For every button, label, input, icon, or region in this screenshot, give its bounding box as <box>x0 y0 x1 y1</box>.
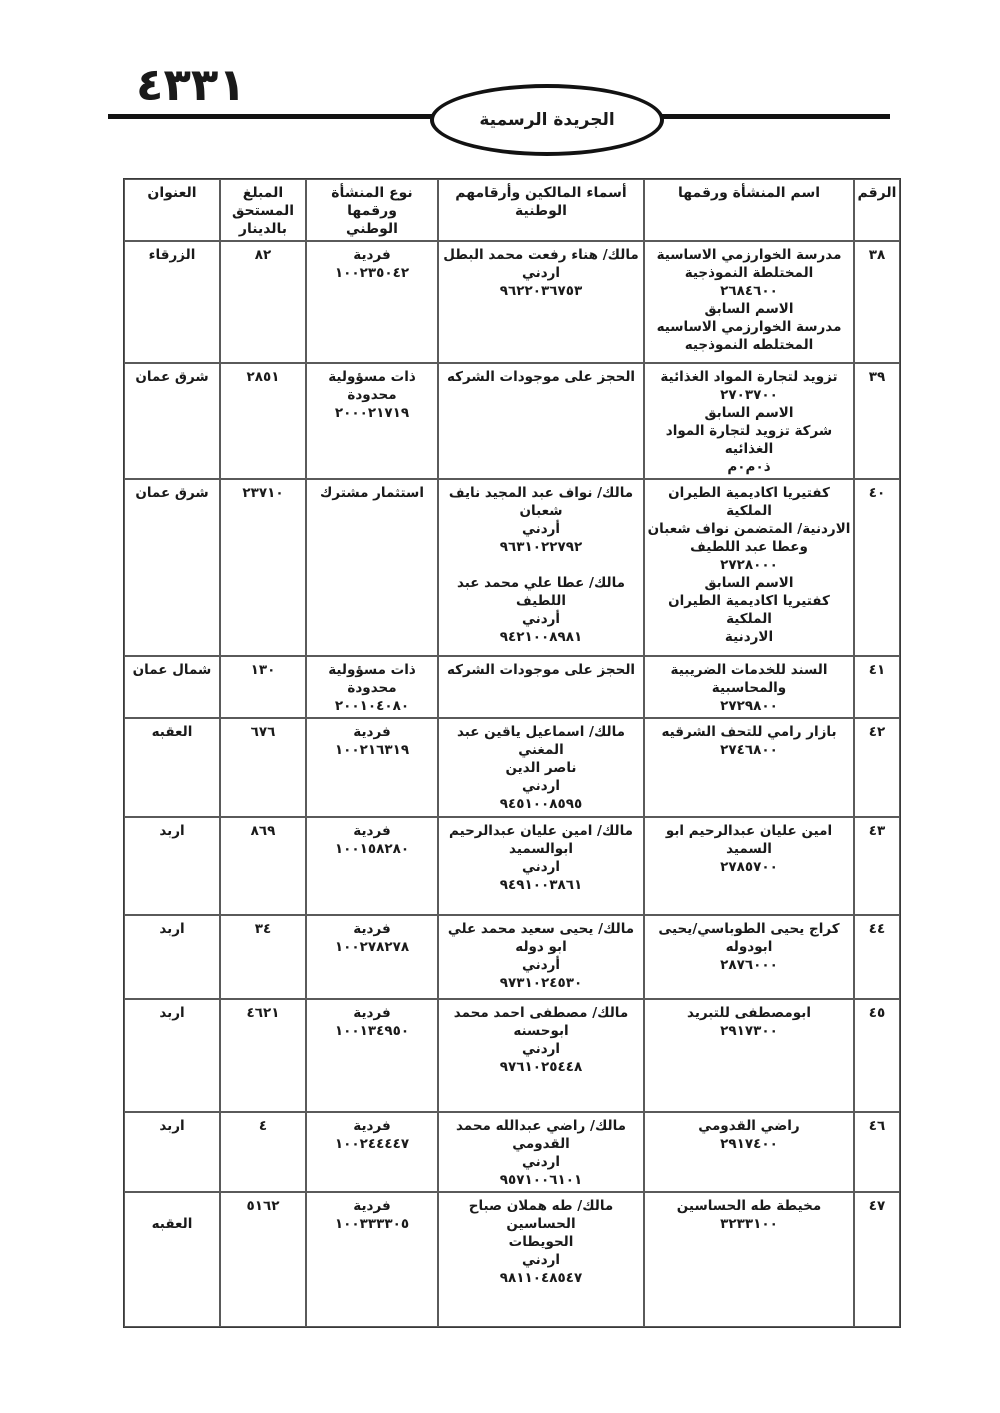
cell-num: ٤٢ <box>854 718 900 817</box>
column-header-name: اسم المنشأة ورقمها <box>644 179 854 241</box>
column-header-name-line: اسم المنشأة ورقمها <box>647 184 851 202</box>
cell-owners-line: مالك/ مصطفى احمد محمد ابوحسنه <box>441 1004 641 1040</box>
cell-owners: مالك/ راضي عبدالله محمد القدومياردني٩٥٧١… <box>438 1112 644 1192</box>
cell-name-line: الاردنية/ المتضمن نواف شعبان <box>647 520 851 538</box>
cell-name-line: ٢٦٨٤٦٠٠ <box>647 282 851 300</box>
cell-name-line: ٢٧٨٥٧٠٠ <box>647 858 851 876</box>
cell-owners-line: أردني <box>441 520 641 538</box>
cell-name-line: ٢٧٢٨٠٠٠ <box>647 556 851 574</box>
cell-name-line: الاردنية <box>647 628 851 646</box>
gazette-page: ٤٣٣١ الجريدة الرسمية الرقماسم المنشأة ور… <box>0 0 1000 1413</box>
cell-address-line: العقبه <box>127 723 217 741</box>
cell-type: فردية١٠٠٢٣٥٠٤٢ <box>306 241 438 363</box>
cell-owners: الحجز على موجودات الشركه <box>438 656 644 718</box>
cell-type-line: فردية <box>309 822 435 840</box>
cell-num-line: ٤١ <box>857 661 897 679</box>
cell-owners: مالك/ يحيى سعيد محمد علي ابو دولهأردني٩٧… <box>438 915 644 999</box>
cell-amount: ٦٧٦ <box>220 718 306 817</box>
cell-name-line: تزويد لتجارة المواد الغذائية <box>647 368 851 386</box>
cell-amount: ١٣٠ <box>220 656 306 718</box>
cell-owners-line: مالك/ يحيى سعيد محمد علي ابو دوله <box>441 920 641 956</box>
cell-amount-line: ٨٢ <box>223 246 303 264</box>
cell-amount: ٣٤ <box>220 915 306 999</box>
cell-type-line: محدودة <box>309 679 435 697</box>
column-header-num: الرقم <box>854 179 900 241</box>
cell-owners-line: ٩٦٣١٠٢٢٧٩٢ <box>441 538 641 556</box>
column-header-num-line: الرقم <box>857 184 897 202</box>
cell-name-line: كفتيريا اكاديمية الطيران الملكية <box>647 592 851 628</box>
cell-type-line: ٢٠٠١٠٤٠٨٠ <box>309 697 435 715</box>
table-row: ٤١السند للخدمات الضريبيةوالمحاسبية٢٧٢٩٨٠… <box>124 656 900 718</box>
cell-num-line: ٣٩ <box>857 368 897 386</box>
table-row: ٤٤كراج يحيى الطوباسي/يحيى ابودوله٢٨٧٦٠٠٠… <box>124 915 900 999</box>
cell-owners-line: اردني <box>441 777 641 795</box>
cell-name: كراج يحيى الطوباسي/يحيى ابودوله٢٨٧٦٠٠٠ <box>644 915 854 999</box>
cell-amount-line: ٤ <box>223 1117 303 1135</box>
cell-name: السند للخدمات الضريبيةوالمحاسبية٢٧٢٩٨٠٠ <box>644 656 854 718</box>
cell-owners-line <box>441 556 641 574</box>
cell-name-line: ٢٧٤٦٨٠٠ <box>647 741 851 759</box>
registry-table-body: ٣٨مدرسة الخوارزمي الاساسيةالمختلطة النمو… <box>124 241 900 1327</box>
cell-name: ابومصطفى للتبريد٢٩١٧٣٠٠ <box>644 999 854 1112</box>
column-header-address: العنوان <box>124 179 220 241</box>
cell-type: استثمار مشترك <box>306 479 438 656</box>
cell-name-line: كراج يحيى الطوباسي/يحيى ابودوله <box>647 920 851 956</box>
cell-owners-line: اردني <box>441 858 641 876</box>
table-row: ٤٥ابومصطفى للتبريد٢٩١٧٣٠٠مالك/ مصطفى احم… <box>124 999 900 1112</box>
cell-owners: مالك/ هناء رفعت محمد البطلاردني٩٦٢٢٠٣٦٧٥… <box>438 241 644 363</box>
cell-type: ذات مسؤوليةمحدودة٢٠٠٠٢١٧١٩ <box>306 363 438 479</box>
cell-type: فردية١٠٠٣٣٣٣٠٥ <box>306 1192 438 1327</box>
cell-amount: ٥١٦٢ <box>220 1192 306 1327</box>
cell-amount: ٨٦٩ <box>220 817 306 915</box>
cell-type: فردية١٠٠٢٤٤٤٤٧ <box>306 1112 438 1192</box>
cell-address-line: شرق عمان <box>127 368 217 386</box>
cell-num: ٣٩ <box>854 363 900 479</box>
cell-owners-line: الحجز على موجودات الشركه <box>441 368 641 386</box>
cell-name-line: الاسم السابق <box>647 404 851 422</box>
column-header-amount-line: المستحق <box>223 202 303 220</box>
cell-owners-line: الحجز على موجودات الشركه <box>441 661 641 679</box>
column-header-amount-line: بالدينار <box>223 220 303 238</box>
cell-num: ٤١ <box>854 656 900 718</box>
cell-owners: مالك/ مصطفى احمد محمد ابوحسنهاردني٩٧٦١٠٢… <box>438 999 644 1112</box>
column-header-type-line: الوطني <box>309 220 435 238</box>
cell-owners-line: اردني <box>441 1153 641 1171</box>
cell-name-line: مدرسة الخوارزمي الاساسية <box>647 246 851 264</box>
cell-amount-line: ٣٤ <box>223 920 303 938</box>
column-header-owners-line: أسماء المالكين وأرقامهم الوطنية <box>441 184 641 220</box>
cell-name-line: الاسم السابق <box>647 574 851 592</box>
header-row: الرقماسم المنشأة ورقمهاأسماء المالكين وأ… <box>124 179 900 241</box>
cell-name-line: شركة تزويد لتجارة المواد الغذائيه <box>647 422 851 458</box>
cell-address: اربد <box>124 817 220 915</box>
cell-owners-line: مالك/ طه هملان صباح الحساسين <box>441 1197 641 1233</box>
gazette-seal-ellipse: الجريدة الرسمية <box>430 84 664 156</box>
cell-owners-line: مالك/ راضي عبدالله محمد القدومي <box>441 1117 641 1153</box>
cell-address: اربد <box>124 915 220 999</box>
cell-type: فردية١٠٠١٥٨٢٨٠ <box>306 817 438 915</box>
cell-owners-line: اردني <box>441 264 641 282</box>
cell-name: مدرسة الخوارزمي الاساسيةالمختلطة النموذج… <box>644 241 854 363</box>
cell-amount-line: ٨٦٩ <box>223 822 303 840</box>
cell-amount-line: ٥١٦٢ <box>223 1197 303 1215</box>
cell-address: شرق عمان <box>124 363 220 479</box>
table-row: ٤٣امين عليان عبدالرحيم ابو السميد٢٧٨٥٧٠٠… <box>124 817 900 915</box>
cell-owners: مالك/ اسماعيل ياقين عبد المغنيناصر الدين… <box>438 718 644 817</box>
cell-type-line: ذات مسؤولية <box>309 368 435 386</box>
cell-type: فردية١٠٠٢١٦٣١٩ <box>306 718 438 817</box>
cell-address-line: شمال عمان <box>127 661 217 679</box>
cell-name-line: ابومصطفى للتبريد <box>647 1004 851 1022</box>
cell-type-line: فردية <box>309 246 435 264</box>
cell-amount: ٨٢ <box>220 241 306 363</box>
cell-address-line: اربد <box>127 1004 217 1022</box>
cell-name-line: ذ٠م٠م <box>647 458 851 476</box>
cell-owners-line: اردني <box>441 1251 641 1269</box>
cell-num: ٤٤ <box>854 915 900 999</box>
registry-table: الرقماسم المنشأة ورقمهاأسماء المالكين وأ… <box>123 178 901 1328</box>
cell-owners: الحجز على موجودات الشركه <box>438 363 644 479</box>
cell-num: ٤٣ <box>854 817 900 915</box>
cell-address: اربد <box>124 1112 220 1192</box>
cell-owners-line: ٩٤٩١٠٠٣٨٦١ <box>441 876 641 894</box>
cell-type-line: محدودة <box>309 386 435 404</box>
cell-type-line: فردية <box>309 723 435 741</box>
cell-num-line: ٤٥ <box>857 1004 897 1022</box>
cell-name-line: المختلطة النموذجية <box>647 264 851 282</box>
cell-owners-line: ابوالسميد <box>441 840 641 858</box>
cell-num: ٤٥ <box>854 999 900 1112</box>
cell-owners-line: ٩٤٥١٠٠٨٥٩٥ <box>441 795 641 813</box>
cell-num: ٣٨ <box>854 241 900 363</box>
cell-owners-line: ٩٨١١٠٤٨٥٤٧ <box>441 1269 641 1287</box>
cell-type-line: ٢٠٠٠٢١٧١٩ <box>309 404 435 422</box>
cell-name: امين عليان عبدالرحيم ابو السميد٢٧٨٥٧٠٠ <box>644 817 854 915</box>
cell-num-line: ٤٠ <box>857 484 897 502</box>
cell-address-line: اربد <box>127 822 217 840</box>
cell-name-line: مخيطة طه الحساسين <box>647 1197 851 1215</box>
cell-amount: ٤ <box>220 1112 306 1192</box>
cell-type-line: ١٠٠١٥٨٢٨٠ <box>309 840 435 858</box>
cell-type-line: ١٠٠٢٧٨٢٧٨ <box>309 938 435 956</box>
column-header-type: نوع المنشأة ورقمهاالوطني <box>306 179 438 241</box>
cell-name: راضي القدومي٢٩١٧٤٠٠ <box>644 1112 854 1192</box>
cell-type-line: ذات مسؤولية <box>309 661 435 679</box>
cell-owners-line: ٩٦٢٢٠٣٦٧٥٣ <box>441 282 641 300</box>
cell-address-line <box>127 1197 217 1215</box>
cell-owners: مالك/ نواف عبد المجيد نايفشعبانأردني٩٦٣١… <box>438 479 644 656</box>
cell-owners-line: أردني <box>441 956 641 974</box>
cell-address-line: اربد <box>127 1117 217 1135</box>
cell-address: شرق عمان <box>124 479 220 656</box>
table-row: ٤٢بازار رامي للتحف الشرقيه٢٧٤٦٨٠٠مالك/ ا… <box>124 718 900 817</box>
cell-num: ٤٦ <box>854 1112 900 1192</box>
cell-type-line: ١٠٠٣٣٣٣٠٥ <box>309 1215 435 1233</box>
cell-owners-line: ٩٧٦١٠٢٥٤٤٨ <box>441 1058 641 1076</box>
cell-address: شمال عمان <box>124 656 220 718</box>
cell-owners-line: مالك/ هناء رفعت محمد البطل <box>441 246 641 264</box>
cell-owners-line: ناصر الدين <box>441 759 641 777</box>
cell-name-line: ٢٧٠٣٧٠٠ <box>647 386 851 404</box>
cell-name-line: ٢٩١٧٣٠٠ <box>647 1022 851 1040</box>
cell-owners: مالك/ امين عليان عبدالرحيمابوالسميداردني… <box>438 817 644 915</box>
cell-amount-line: ١٣٠ <box>223 661 303 679</box>
cell-num: ٤٠ <box>854 479 900 656</box>
cell-amount-line: ٢٨٥١ <box>223 368 303 386</box>
cell-name: مخيطة طه الحساسين٣٢٣٣١٠٠ <box>644 1192 854 1327</box>
cell-name-line: امين عليان عبدالرحيم ابو السميد <box>647 822 851 858</box>
cell-owners-line: ٩٥٧١٠٠٦١٠١ <box>441 1171 641 1189</box>
cell-owners-line: الحويطات <box>441 1233 641 1251</box>
gazette-title: الجريدة الرسمية <box>479 110 614 130</box>
cell-type-line: فردية <box>309 1004 435 1022</box>
cell-type-line: فردية <box>309 920 435 938</box>
table-row: ٤٦راضي القدومي٢٩١٧٤٠٠مالك/ راضي عبدالله … <box>124 1112 900 1192</box>
cell-type-line: فردية <box>309 1117 435 1135</box>
cell-type: فردية١٠٠٢٧٨٢٧٨ <box>306 915 438 999</box>
cell-name-line: ٢٩١٧٤٠٠ <box>647 1135 851 1153</box>
cell-name-line: راضي القدومي <box>647 1117 851 1135</box>
cell-amount-line: ٢٣٧١٠ <box>223 484 303 502</box>
cell-type-line: ١٠٠٢١٦٣١٩ <box>309 741 435 759</box>
cell-type-line: استثمار مشترك <box>309 484 435 502</box>
cell-type-line: ١٠٠٢٤٤٤٤٧ <box>309 1135 435 1153</box>
cell-num-line: ٣٨ <box>857 246 897 264</box>
cell-type: ذات مسؤوليةمحدودة٢٠٠١٠٤٠٨٠ <box>306 656 438 718</box>
cell-name-line: المختلطه النموذجيه <box>647 336 851 354</box>
cell-type-line: فردية <box>309 1197 435 1215</box>
cell-address: اربد <box>124 999 220 1112</box>
cell-name: تزويد لتجارة المواد الغذائية٢٧٠٣٧٠٠الاسم… <box>644 363 854 479</box>
table-row: ٤٠كفتيريا اكاديمية الطيران الملكيةالاردن… <box>124 479 900 656</box>
cell-owners-line: مالك/ امين عليان عبدالرحيم <box>441 822 641 840</box>
cell-address-line: شرق عمان <box>127 484 217 502</box>
cell-num-line: ٤٤ <box>857 920 897 938</box>
cell-amount: ٢٣٧١٠ <box>220 479 306 656</box>
cell-name: كفتيريا اكاديمية الطيران الملكيةالاردنية… <box>644 479 854 656</box>
cell-owners-line: اردني <box>441 1040 641 1058</box>
cell-owners-line: ٩٤٢١٠٠٨٩٨١ <box>441 628 641 646</box>
cell-type-line: ١٠٠١٣٤٩٥٠ <box>309 1022 435 1040</box>
cell-name-line: ٢٨٧٦٠٠٠ <box>647 956 851 974</box>
cell-num-line: ٤٢ <box>857 723 897 741</box>
cell-address: العقبه <box>124 1192 220 1327</box>
column-header-amount-line: المبلغ <box>223 184 303 202</box>
table-row: ٣٩تزويد لتجارة المواد الغذائية٢٧٠٣٧٠٠الا… <box>124 363 900 479</box>
cell-owners-line: ٩٧٣١٠٢٤٥٣٠ <box>441 974 641 992</box>
column-header-amount: المبلغالمستحقبالدينار <box>220 179 306 241</box>
cell-name-line: السند للخدمات الضريبية <box>647 661 851 679</box>
cell-owners-line: أردني <box>441 610 641 628</box>
page-number: ٤٣٣١ <box>136 62 246 107</box>
cell-num-line: ٤٣ <box>857 822 897 840</box>
column-header-address-line: العنوان <box>127 184 217 202</box>
cell-num-line: ٤٦ <box>857 1117 897 1135</box>
cell-name-line: بازار رامي للتحف الشرقيه <box>647 723 851 741</box>
cell-name: بازار رامي للتحف الشرقيه٢٧٤٦٨٠٠ <box>644 718 854 817</box>
cell-name-line: ٢٧٢٩٨٠٠ <box>647 697 851 715</box>
cell-type-line: ١٠٠٢٣٥٠٤٢ <box>309 264 435 282</box>
cell-name-line: الاسم السابق <box>647 300 851 318</box>
cell-owners: مالك/ طه هملان صباح الحساسينالحويطاتاردن… <box>438 1192 644 1327</box>
cell-owners-line: شعبان <box>441 502 641 520</box>
cell-name-line: كفتيريا اكاديمية الطيران الملكية <box>647 484 851 520</box>
table-row: ٤٧مخيطة طه الحساسين٣٢٣٣١٠٠مالك/ طه هملان… <box>124 1192 900 1327</box>
cell-address-line: اربد <box>127 920 217 938</box>
cell-amount: ٤٦٢١ <box>220 999 306 1112</box>
cell-address-line: الزرقاء <box>127 246 217 264</box>
cell-name-line: مدرسة الخوارزمي الاساسيه <box>647 318 851 336</box>
column-header-owners: أسماء المالكين وأرقامهم الوطنية <box>438 179 644 241</box>
cell-type: فردية١٠٠١٣٤٩٥٠ <box>306 999 438 1112</box>
cell-num: ٤٧ <box>854 1192 900 1327</box>
cell-owners-line: مالك/ نواف عبد المجيد نايف <box>441 484 641 502</box>
table-row: ٣٨مدرسة الخوارزمي الاساسيةالمختلطة النمو… <box>124 241 900 363</box>
cell-address: العقبه <box>124 718 220 817</box>
cell-name-line: وعطا عبد اللطيف <box>647 538 851 556</box>
cell-address-line: العقبه <box>127 1215 217 1233</box>
cell-name-line: ٣٢٣٣١٠٠ <box>647 1215 851 1233</box>
cell-amount-line: ٤٦٢١ <box>223 1004 303 1022</box>
cell-owners-line: مالك/ عطا علي محمد عبد اللطيف <box>441 574 641 610</box>
cell-owners-line: مالك/ اسماعيل ياقين عبد المغني <box>441 723 641 759</box>
cell-name-line: والمحاسبية <box>647 679 851 697</box>
cell-amount-line: ٦٧٦ <box>223 723 303 741</box>
cell-address: الزرقاء <box>124 241 220 363</box>
cell-amount: ٢٨٥١ <box>220 363 306 479</box>
column-header-type-line: نوع المنشأة ورقمها <box>309 184 435 220</box>
cell-num-line: ٤٧ <box>857 1197 897 1215</box>
